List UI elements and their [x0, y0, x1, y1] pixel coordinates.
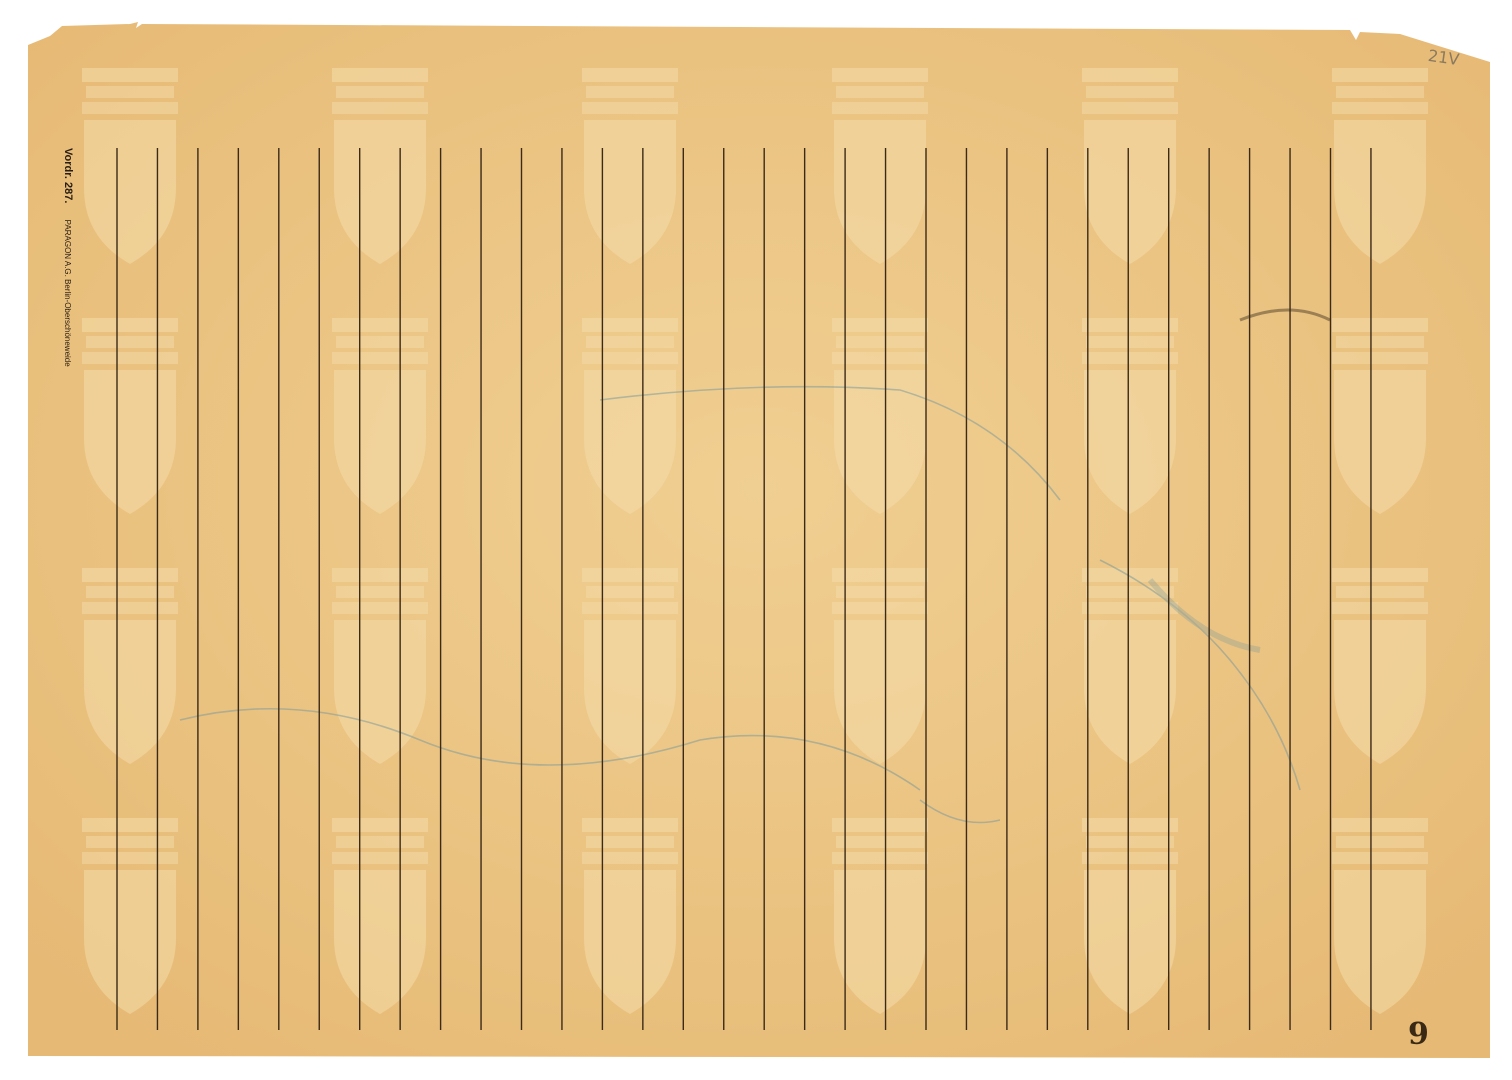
form-imprint: Vordr. 287. PARAGON A.G. Berlin-Oberschö… — [62, 148, 74, 367]
paper-sheet — [0, 0, 1512, 1080]
sheet-outline — [28, 22, 1490, 1058]
page-number: 6 — [1408, 1014, 1429, 1049]
form-code: Vordr. 287. — [62, 148, 74, 203]
printer-imprint: PARAGON A.G. Berlin-Oberschöneweide — [63, 220, 72, 367]
